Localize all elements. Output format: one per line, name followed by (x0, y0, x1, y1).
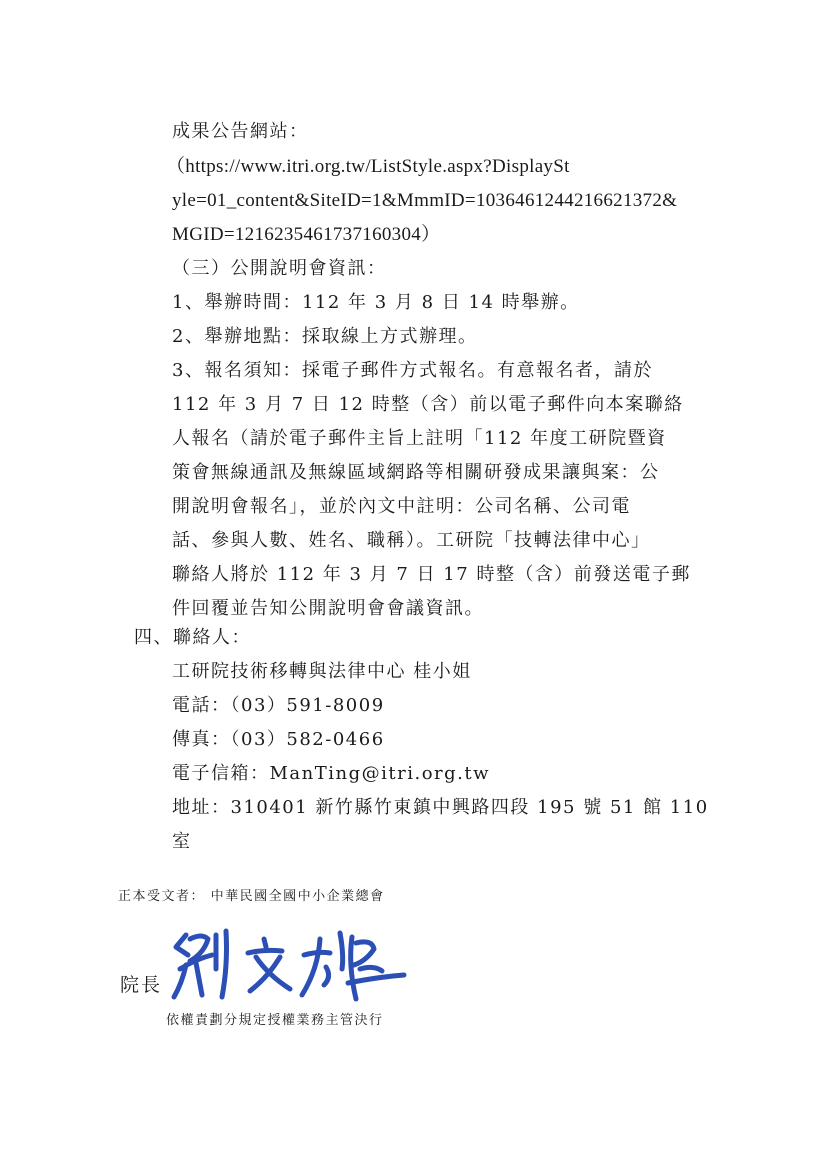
registration-line-4: 開說明會報名」，並於內文中註明：公司名稱、公司電 (172, 495, 631, 519)
registration-line-7: 件回覆並告知公開說明會會議資訊。 (172, 597, 484, 621)
url-line-2: yle=01_content&SiteID=1&MmmID=1036461244… (172, 189, 677, 213)
contact-heading: 四、聯絡人： (134, 626, 251, 650)
registration-line-5: 話、參與人數、姓名、職稱）。工研院「技轉法律中心」 (172, 529, 651, 553)
president-title: 院長 (120, 970, 162, 997)
url-line-3: MGID=1216235461737160304） (172, 223, 440, 247)
contact-fax: 傳真：（03）582-0466 (172, 728, 385, 752)
briefing-item-time: 1、舉辦時間：112 年 3 月 8 日 14 時舉辦。 (172, 291, 580, 315)
registration-line-2: 人報名（請於電子郵件主旨上註明「112 年度工研院暨資 (172, 427, 667, 451)
contact-email: 電子信箱：ManTing@itri.org.tw (172, 762, 490, 786)
contact-phone: 電話：（03）591-8009 (172, 694, 385, 718)
contact-address: 地址：310401 新竹縣竹東鎮中興路四段 195 號 51 館 110 (172, 796, 709, 820)
signature-image (168, 925, 408, 1005)
contact-org: 工研院技術移轉與法律中心 桂小姐 (172, 660, 472, 684)
briefing-heading: （三）公開說明會資訊： (172, 257, 387, 281)
recipient-line: 正本受文者： 中華民國全國中小企業總會 (118, 888, 385, 906)
briefing-item-location: 2、舉辦地點：採取線上方式辦理。 (172, 325, 477, 349)
website-label: 成果公告網站： (172, 120, 309, 144)
registration-line-3: 策會無線通訊及無線區域網路等相關研發成果讓與案：公 (172, 461, 660, 485)
registration-line-1: 112 年 3 月 7 日 12 時整（含）前以電子郵件向本案聯絡 (172, 393, 684, 417)
contact-address-cont: 室 (172, 830, 192, 854)
briefing-item-registration: 3、報名須知：採電子郵件方式報名。有意報名者，請於 (172, 359, 653, 383)
registration-line-6: 聯絡人將於 112 年 3 月 7 日 17 時整（含）前發送電子郵 (172, 563, 691, 587)
url-line-1: （https://www.itri.org.tw/ListStyle.aspx?… (166, 155, 570, 179)
delegation-note: 依權責劃分規定授權業務主管決行 (166, 1012, 384, 1030)
